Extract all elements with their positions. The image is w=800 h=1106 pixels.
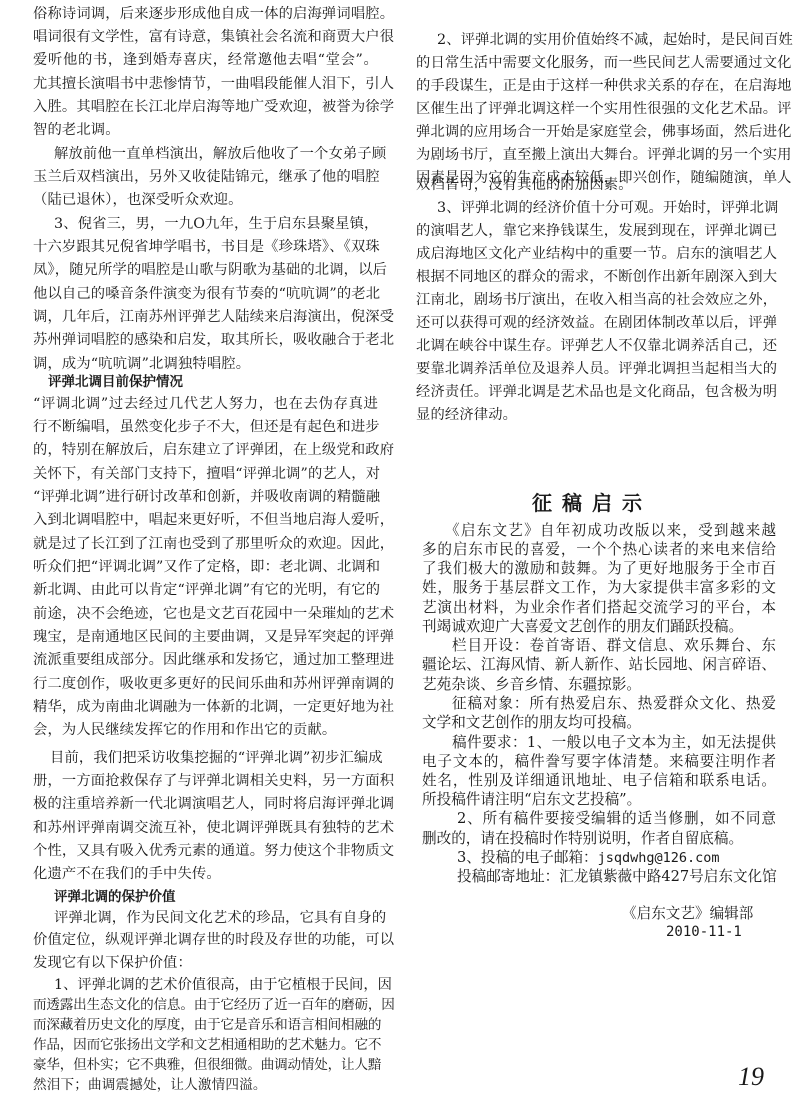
paragraph-line: 十六岁跟其兄倪省坤学唱书，书目是《珍珠塔》、《双珠 (33, 237, 378, 257)
notice-signature: 《启东文艺》编辑部 (622, 904, 753, 923)
paragraph-line: 北调在峡谷中谋生存。评弹艺人不仅靠北调养活自己，还 (416, 336, 768, 356)
paragraph-line: 就是过了长江到了江南也受到了那里听众的欢迎。因此， (33, 534, 378, 554)
paragraph-line: 经济责任。评弹北调是艺术品也是文化商品，包含极为明 (416, 382, 768, 402)
paragraph-line: 玉兰后双档演出，另外又收徒陆锦元，继承了他的唱腔 (33, 167, 378, 187)
paragraph-line: 的演唱艺人，靠它来挣钱谋生，发展到现在，评弹北调已 (416, 221, 768, 241)
paragraph-line: 解放前他一直单档演出，解放后他收了一个女弟子顾 (54, 144, 378, 164)
section-heading: 评弹北调目前保护情况 (48, 372, 183, 392)
paragraph-line: 智的老北调。 (33, 120, 378, 140)
paragraph-line: 要靠北调养活单位及退养人员。评弹北调担当起相当大的 (416, 359, 768, 379)
notice-line: 艺苑杂谈、乡音乡情、东疆掠影。 (422, 675, 776, 694)
paragraph-line: 新北调、由此可以肯定“评弹北调”有它的光明，有它的 (33, 580, 378, 600)
paragraph-line: 还可以获得可观的经济效益。在剧团体制改革以后，评弹 (416, 313, 768, 333)
paragraph-line: 评弹北调，作为民间文化艺术的珍品，它具有自身的 (54, 908, 378, 928)
notice-line: 文学和文艺创作的朋友均可投稿。 (422, 713, 776, 732)
notice-line: 稿件要求：1、一般以电子文本为主，如无法提供 (452, 733, 776, 752)
paragraph-line: 他以自己的嗓音条件演变为很有节奏的“吭吭调”的老北 (33, 284, 378, 304)
notice-line: 《启东文艺》自年初成功改版以来，受到越来越 (445, 521, 776, 540)
notice-line: 多的启东市民的喜爱，一个个热心读者的来电来信给 (422, 540, 776, 559)
notice-line: 艺演出材料，为业余作者们搭起交流学习的平台，本 (422, 598, 776, 617)
paragraph-line: 然泪下；曲调震撼处，让人激情四溢。 (33, 1075, 378, 1095)
paragraph-line: 江南北，剧场书厅演出，在收入相当高的社会效应之外， (416, 290, 768, 310)
paragraph-line: 调，成为“吭吭调”北调独特唱腔。 (33, 354, 378, 374)
paragraph-line: 的日常生活中需要文化服务，而一些民间艺人需要通过文化 (416, 53, 768, 73)
notice-line: 电子文本的，稿件誊写要字体清楚。来稿要注明作者 (422, 752, 776, 771)
notice-line: 姓名，性别及详细通讯地址、电子信箱和联系电话。 (422, 771, 776, 790)
paragraph-line: 发现它有以下保护价值： (33, 953, 378, 973)
paragraph-line: 1、评弹北调的艺术价值很高，由于它植根于民间，因 (54, 975, 378, 995)
paragraph-line: “评弹北调”进行研讨改革和创新，并吸收南调的精髓融 (33, 487, 378, 507)
paragraph-line: 价值定位，纵观评弹北调存世的时段及存世的功能，可以 (33, 930, 378, 950)
paragraph-line: 显的经济律动。 (416, 405, 768, 425)
paragraph-line: 关怀下，有关部门支持下，擅唱“评弹北调”的艺人，对 (33, 464, 378, 484)
paragraph-line: 会，为人民继续发挥它的作用和作出它的贡献。 (33, 720, 378, 740)
paragraph-line: 听众们把“评调北调”又作了定格，即：老北调、北调和 (33, 557, 378, 577)
paragraph-line: 前途，决不会绝迹，它也是文艺百花园中一朵璀灿的艺术 (33, 604, 378, 624)
paragraph-line: 成启海地区文化产业结构中的重要一节。启东的演唱艺人 (416, 244, 768, 264)
paragraph-line: 的手段谋生，正是由于这样一种供求关系的存在，在启海地 (416, 76, 768, 96)
paragraph-line: 双档皆可，没有其他的附加因素。 (416, 175, 768, 195)
paragraph-line: 瑰宝，是南通地区民间的主要曲调，又是异军突起的评弹 (33, 627, 378, 647)
paragraph-line: 目前，我们把采访收集挖掘的“评弹北调”初步汇编成 (50, 748, 378, 768)
paragraph-line: 苏州弹词唱腔的感染和启发，取其所长，吸收融合于老北 (33, 330, 378, 350)
paragraph-line: 入胜。其唱腔在长江北岸启海等地广受欢迎，被誉为徐学 (33, 97, 378, 117)
paragraph-line: 调，几年后，江南苏州评弹艺人陆续来启海演出，倪深受 (33, 307, 378, 327)
paragraph-line: 入到北调唱腔中，唱起来更好听，不但当地启海人爱听， (33, 510, 378, 530)
paragraph-line: 作品，因而它张扬出文学和文艺相通相助的艺术魅力。它不 (33, 1035, 378, 1055)
paragraph-line: 个性，又具有吸入优秀元素的通道。努力使这个非物质文 (33, 841, 378, 861)
notice-line: 征稿对象：所有热爱启东、热爱群众文化、热爱 (452, 694, 776, 713)
email-label: 3、投稿的电子邮箱： (457, 849, 598, 866)
email-address[interactable]: jsqdwhg@126.com (598, 850, 720, 866)
paragraph-line: 唱词很有文学性，富有诗意，集镇社会名流和商贾大户很 (33, 27, 378, 47)
paragraph-line: 行二度创作，吸收更多更好的民间乐曲和苏州评弹南调的 (33, 674, 378, 694)
paragraph-line: 精华，成为南曲北调融为一体新的北调，一定更好地为社 (33, 697, 378, 717)
paragraph-line: 3、倪省三，男，一九O九年，生于启东县聚星镇， (54, 214, 378, 234)
page-number: 19 (738, 1062, 764, 1092)
paragraph-line: “评调北调”过去经过几代艺人努力，也在去伪存真进 (33, 394, 378, 414)
paragraph-line: 而透露出生态文化的信息。由于它经历了近一百年的磨砺，因 (33, 995, 378, 1015)
paragraph-line: 尤其擅长演唱书中悲惨情节，一曲唱段能催人泪下，引人 (33, 74, 378, 94)
paragraph-line: 2、评弹北调的实用价值始终不减，起始时，是民间百姓 (437, 30, 768, 50)
paragraph-line: 的，特别在解放后，启东建立了评弹团，在上级党和政府 (33, 440, 378, 460)
notice-line: 刊竭诚欢迎广大喜爱文艺创作的朋友们踊跃投稿。 (422, 617, 776, 636)
notice-line: 栏目开设：卷首寄语、群文信息、欢乐舞台、东 (452, 636, 776, 655)
paragraph-line: 俗称诗词调，后来逐步形成他自成一体的启海弹词唱腔。 (33, 4, 378, 24)
notice-address: 投稿邮寄地址：汇龙镇紫薇中路427号启东文化馆 (457, 867, 800, 886)
notice-title: 征稿启示 (416, 487, 768, 516)
notice-date: 2010-11-1 (666, 923, 742, 942)
notice-line: 删改的，请在投稿时作特别说明，作者自留底稿。 (422, 829, 776, 848)
paragraph-line: 和苏州评弹南调交流互补，使北调评弹既具有独特的艺术 (33, 818, 378, 838)
paragraph-line: （陆已退休），也深受听众欢迎。 (33, 190, 378, 210)
paragraph-line: 化遗产不在我们的手中失传。 (33, 864, 378, 884)
paragraph-line: 行不断编唱，虽然变化步子不大，但还是有起色和进步 (33, 417, 378, 437)
paragraph-line: 凤》，随兄所学的唱腔是山歌与阴歌为基础的北调，以后 (33, 260, 378, 280)
notice-line: 疆论坛、江海风情、新人新作、站长园地、闲言碎语、 (422, 655, 776, 674)
paragraph-line: 而深藏着历史文化的厚度，由于它是音乐和语言相间相融的 (33, 1015, 378, 1035)
notice-email-line: 3、投稿的电子邮箱：jsqdwhg@126.com (457, 848, 800, 868)
paragraph-line: 爱听他的书，逢到婚寿喜庆，经常邀他去唱“堂会”。 (33, 50, 378, 70)
paragraph-line: 弹北调的应用场合一开始是家庭堂会，佛事场面，然后进化 (416, 122, 768, 142)
paragraph-line: 流派重要组成部分。因此继承和发扬它，通过加工整理进 (33, 650, 378, 670)
notice-line: 了我们极大的激励和鼓舞。为了更好地服务于全市百 (422, 559, 776, 578)
paragraph-line: 区催生出了评弹北调这样一个实用性很强的文化艺术品。评 (416, 99, 768, 119)
notice-line: 姓，服务于基层群文工作，为大家提供丰富多彩的文 (422, 578, 776, 597)
notice-line: 所投稿件请注明“启东文艺投稿”。 (422, 790, 776, 809)
paragraph-line: 豪华，但朴实；它不典雅，但很细微。曲调动情处，让人黯 (33, 1055, 378, 1075)
section-heading: 评弹北调的保护价值 (54, 887, 176, 907)
paragraph-line: 3、评弹北调的经济价值十分可观。开始时，评弹北调 (437, 198, 768, 218)
paragraph-line: 册，一方面抢救保存了与评弹北调相关史料，另一方面积 (33, 771, 378, 791)
paragraph-line: 为剧场书厅，直至搬上演出大舞台。评弹北调的另一个实用 (416, 145, 768, 165)
paragraph-line: 根据不同地区的群众的需求，不断创作出新年剧深入到大 (416, 267, 768, 287)
notice-line: 2、所有稿件要接受编辑的适当修删，如不同意 (457, 809, 776, 828)
paragraph-line: 极的注重培养新一代北调演唱艺人，同时将启海评弹北调 (33, 794, 378, 814)
